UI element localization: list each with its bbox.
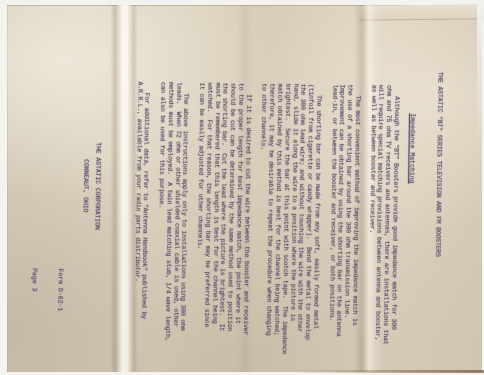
paragraph-6: For additional data, refer to "Antenna H… <box>131 82 151 368</box>
paragraph-3: The shorting bar can be made from any so… <box>256 83 322 370</box>
typewritten-page: THE ASTATIC "BT" SERIES TELEVISION AND F… <box>3 2 480 375</box>
paper-bottom-edge-shadow <box>290 370 484 373</box>
page-number: Page 3 <box>29 268 38 311</box>
rotated-page-content: THE ASTATIC "BT" SERIES TELEVISION AND F… <box>3 2 480 375</box>
document-title: THE ASTATIC "BT" SERIES TELEVISION AND F… <box>433 72 444 257</box>
paragraph-5: The above instructions apply only to ins… <box>155 82 190 368</box>
paragraph-1: Although the "BT" Boosters provide good … <box>365 85 400 371</box>
paragraph-2: The most convenient method of improving … <box>326 84 361 370</box>
company-footer: THE ASTATIC CORPORATION CONNEAUT, OHIO <box>76 3 105 369</box>
scanned-document-screenshot: THE ASTATIC "BT" SERIES TELEVISION AND F… <box>0 0 484 375</box>
paragraph-4: If it is desired to cut the wire between… <box>194 82 253 369</box>
document-body: Although the "BT" Boosters provide good … <box>124 81 401 371</box>
section-heading: Impedance Matching <box>407 113 416 183</box>
scanner-bed-strip <box>477 0 484 150</box>
form-number: Form D-62-1 <box>55 268 64 311</box>
form-number-block: Form D-62-1 Page 3 <box>12 268 81 312</box>
